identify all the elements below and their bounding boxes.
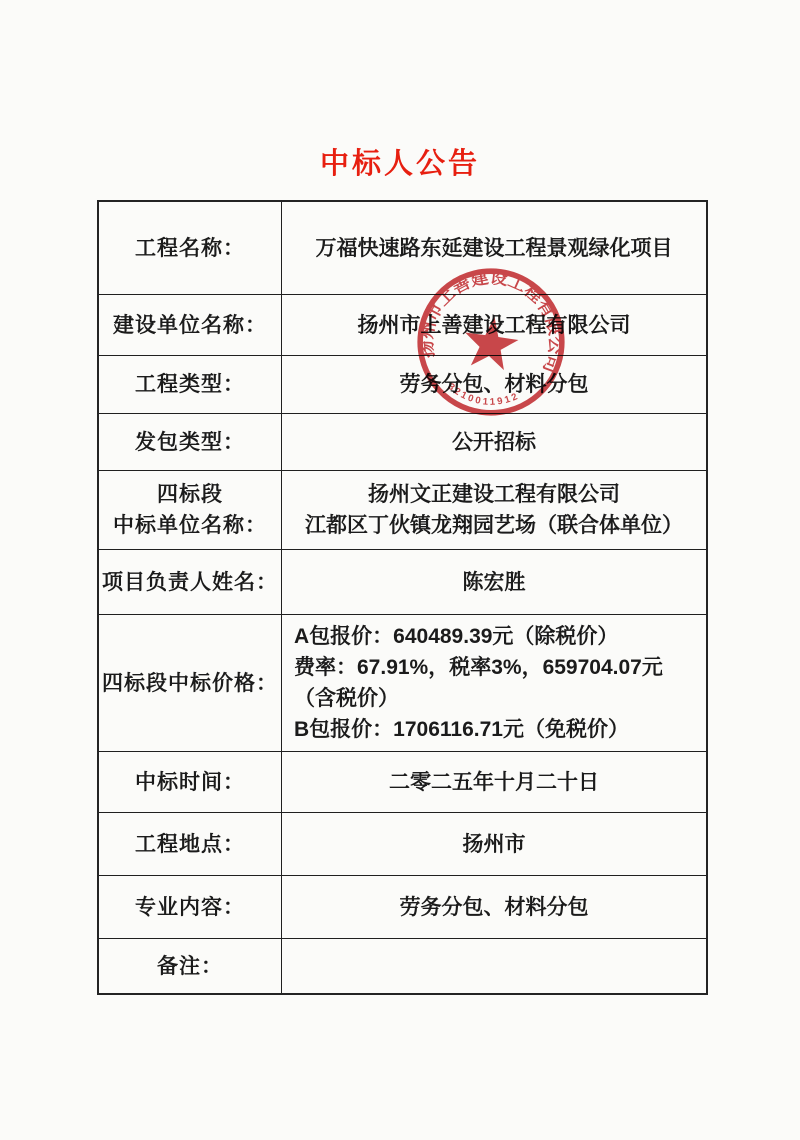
row-value-line: 费率：67.91%，税率3%，659704.07元（含税价） — [294, 652, 698, 714]
row-label: 专业内容： — [99, 876, 282, 938]
row-label: 备注： — [99, 939, 282, 993]
row-value: 二零二五年十月二十日 — [282, 752, 706, 812]
row-value: 劳务分包、材料分包 — [282, 876, 706, 938]
row-value: 劳务分包、材料分包 — [282, 356, 706, 413]
row-value: 公开招标 — [282, 414, 706, 470]
row-label: 工程地点： — [99, 813, 282, 875]
page-title: 中标人公告 — [0, 141, 800, 182]
row-label: 中标时间： — [99, 752, 282, 812]
row-value: 万福快速路东延建设工程景观绿化项目 — [282, 202, 706, 294]
row-label-line: 四标段 — [157, 479, 223, 510]
table-row-winning-price: 四标段中标价格： A包报价：640489.39元（除税价） 费率：67.91%，… — [99, 615, 706, 752]
table-row-winning-bidder: 四标段 中标单位名称： 扬州文正建设工程有限公司 江都区丁伙镇龙翔园艺场（联合体… — [99, 471, 706, 550]
table-row-project-manager: 项目负责人姓名： 陈宏胜 — [99, 550, 706, 615]
row-label: 工程类型： — [99, 356, 282, 413]
row-label: 工程名称： — [99, 202, 282, 294]
row-label: 四标段 中标单位名称： — [99, 471, 282, 549]
row-value: 扬州市上善建设工程有限公司 — [282, 295, 706, 355]
row-label: 建设单位名称： — [99, 295, 282, 355]
row-value: 扬州文正建设工程有限公司 江都区丁伙镇龙翔园艺场（联合体单位） — [282, 471, 706, 549]
row-label-line: 中标单位名称： — [113, 510, 267, 541]
table-row-project-name: 工程名称： 万福快速路东延建设工程景观绿化项目 — [99, 202, 706, 295]
table-row-remarks: 备注： — [99, 939, 706, 993]
row-value-line: B包报价：1706116.71元（免税价） — [294, 714, 629, 745]
table-row-award-date: 中标时间： 二零二五年十月二十日 — [99, 752, 706, 813]
row-value: 扬州市 — [282, 813, 706, 875]
table-row-project-type: 工程类型： 劳务分包、材料分包 — [99, 356, 706, 414]
row-value-line: 扬州文正建设工程有限公司 — [368, 479, 620, 510]
table-row-specialty-content: 专业内容： 劳务分包、材料分包 — [99, 876, 706, 939]
row-label: 发包类型： — [99, 414, 282, 470]
row-value-line: A包报价：640489.39元（除税价） — [294, 621, 618, 652]
announcement-table: 工程名称： 万福快速路东延建设工程景观绿化项目 建设单位名称： 扬州市上善建设工… — [97, 200, 708, 995]
row-value: 陈宏胜 — [282, 550, 706, 614]
document-page: 中标人公告 工程名称： 万福快速路东延建设工程景观绿化项目 建设单位名称： 扬州… — [0, 0, 800, 1140]
table-row-contract-type: 发包类型： 公开招标 — [99, 414, 706, 471]
table-row-owner-name: 建设单位名称： 扬州市上善建设工程有限公司 — [99, 295, 706, 356]
row-value: A包报价：640489.39元（除税价） 费率：67.91%，税率3%，6597… — [282, 615, 706, 751]
row-value — [282, 939, 706, 993]
table-row-project-location: 工程地点： 扬州市 — [99, 813, 706, 876]
row-value-line: 江都区丁伙镇龙翔园艺场（联合体单位） — [305, 510, 683, 541]
row-label: 四标段中标价格： — [99, 615, 282, 751]
row-label: 项目负责人姓名： — [99, 550, 282, 614]
